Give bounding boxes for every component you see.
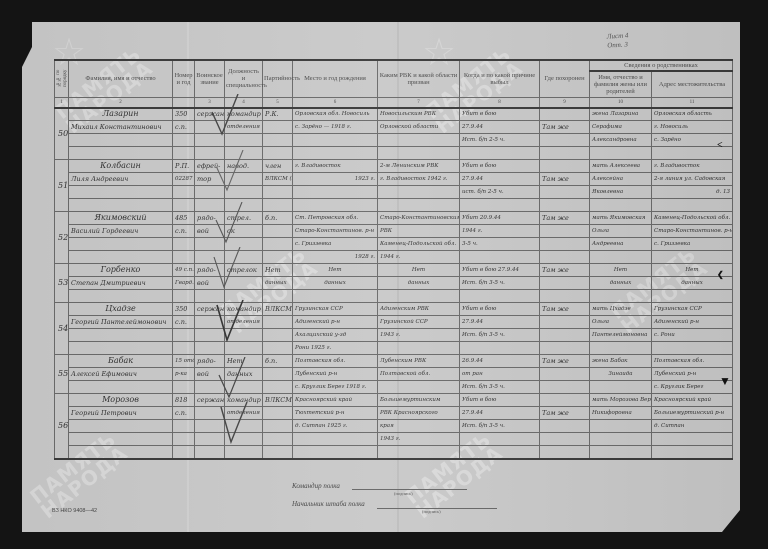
empty-cell <box>540 433 590 446</box>
buried: Там же <box>540 264 590 277</box>
empty-cell <box>540 316 590 329</box>
party: данных <box>263 277 293 290</box>
table-row <box>55 199 733 212</box>
rank: рядо- <box>195 355 225 368</box>
address: с. Рони <box>652 329 733 342</box>
relative: данных <box>590 277 652 290</box>
unit: 02287 <box>173 173 195 186</box>
empty-cell <box>225 433 263 446</box>
rvk: Полтавской обл. <box>378 368 460 381</box>
address: Красноярский край <box>652 394 733 407</box>
buried: Там же <box>540 407 590 420</box>
col-num: 11 <box>652 97 733 108</box>
header-name: Фамилия, имя и отчество <box>69 60 173 97</box>
unit: 350 <box>173 303 195 316</box>
empty-cell <box>540 238 590 251</box>
surname: Морозов <box>69 394 173 407</box>
header-birthplace: Место и год рождения <box>293 60 378 97</box>
rvk: 1943 г. <box>378 329 460 342</box>
empty-cell <box>173 186 195 199</box>
table-row: с. Круглик Берег 1918 г. Ист. б/п 3-5 ч.… <box>55 381 733 394</box>
table-row <box>55 147 733 160</box>
empty-cell <box>195 199 225 212</box>
empty-cell <box>173 329 195 342</box>
surname: Лазарин <box>69 108 173 121</box>
empty-cell <box>263 147 293 160</box>
relative: Яковлевна <box>590 186 652 199</box>
empty-cell <box>540 420 590 433</box>
birthplace: г. Владивосток <box>293 160 378 173</box>
unit: 350 <box>173 108 195 121</box>
signature-caption: (подпись) <box>422 509 441 514</box>
empty-cell <box>225 147 263 160</box>
position: отделения <box>225 407 263 420</box>
rvk: Грузинской ССР <box>378 316 460 329</box>
empty-cell <box>460 147 540 160</box>
address: Каменец-Подольской обл. <box>652 212 733 225</box>
rank: рядо- <box>195 212 225 225</box>
buried <box>540 108 590 121</box>
birthplace: Тюхтетский р-н <box>293 407 378 420</box>
empty-cell <box>195 329 225 342</box>
position: ок <box>225 225 263 238</box>
empty-cell <box>263 446 293 459</box>
empty-cell <box>263 316 293 329</box>
address: д. 13 <box>652 186 733 199</box>
empty-cell <box>263 420 293 433</box>
table-row: Ист. б/п 2-5 ч. Александровна с. Зарёно <box>55 134 733 147</box>
rank: вой <box>195 225 225 238</box>
empty-cell <box>195 342 225 355</box>
table-row: ист. б/п 2-5 ч. Яковлевна д. 13 <box>55 186 733 199</box>
empty-cell <box>173 433 195 446</box>
empty-cell <box>195 316 225 329</box>
reason: Убит в бою <box>460 160 540 173</box>
empty-cell <box>263 238 293 251</box>
position: командир <box>225 394 263 407</box>
empty-cell <box>225 381 263 394</box>
given-name: Степан Дмитриевич <box>69 277 173 290</box>
empty-cell <box>540 394 590 407</box>
unit: с.п. <box>173 316 195 329</box>
birthplace: Орловская обл. Новосиль <box>293 108 378 121</box>
buried: Там же <box>540 121 590 134</box>
header-address: Адрес местожительства <box>652 71 733 97</box>
reason: Ист. б/п 3-5 ч. <box>460 381 540 394</box>
unit: 818 <box>173 394 195 407</box>
header-rank: Воинское звание <box>195 60 225 97</box>
empty-cell <box>293 290 378 303</box>
relative: жена Лазарина <box>590 108 652 121</box>
rank: сержант <box>195 394 225 407</box>
empty-cell <box>173 290 195 303</box>
rvk: Новосильским РВК <box>378 108 460 121</box>
commander-label: Командир полка <box>292 482 340 490</box>
empty-cell <box>378 446 460 459</box>
rvk: г. Владивосток 1942 г. <box>378 173 460 186</box>
empty-cell <box>263 342 293 355</box>
birthplace: Лубенский р-н <box>293 368 378 381</box>
header-position: Должность и специальность <box>225 60 263 97</box>
empty-cell <box>590 446 652 459</box>
empty-cell <box>263 407 293 420</box>
birthplace: данных <box>293 277 378 290</box>
empty-cell <box>378 186 460 199</box>
reason: 27.9.44 <box>460 316 540 329</box>
rvk: Большемуртинским <box>378 394 460 407</box>
reason: ист. б/п 2-5 ч. <box>460 186 540 199</box>
row-number: 56. <box>55 394 69 459</box>
header-unit: Номер и год <box>173 60 195 97</box>
given-name: Лиля Андреевич <box>69 173 173 186</box>
table-row: 56. Морозов 818 сержант командир ВЛКСМ К… <box>55 394 733 407</box>
rvk: Каменец-Подольской обл. <box>378 238 460 251</box>
margin-mark: ❮ <box>717 270 724 279</box>
empty-cell <box>652 251 733 264</box>
header-relatives-group: Сведения о родственниках <box>590 60 733 71</box>
empty-cell <box>225 251 263 264</box>
table-row: Рони 1925 г. <box>55 342 733 355</box>
birthplace: Ст. Петровская обл. <box>293 212 378 225</box>
table-row: 53. Горбенко 49 с.п. рядо- стрелок Нет Н… <box>55 264 733 277</box>
empty-cell <box>173 147 195 160</box>
empty-cell <box>195 433 225 446</box>
party: ВЛКСМ (I) <box>263 173 293 186</box>
empty-cell <box>540 368 590 381</box>
party: Нет <box>263 264 293 277</box>
surname: Горбенко <box>69 264 173 277</box>
empty-cell <box>540 199 590 212</box>
table-row: 1928 г. 1944 г. <box>55 251 733 264</box>
position: командир <box>225 303 263 316</box>
address: г. Владивосток <box>652 160 733 173</box>
empty-cell <box>69 381 173 394</box>
relative: мать Цхадзе <box>590 303 652 316</box>
margin-mark: < <box>717 140 723 151</box>
birthplace: Старо-Константинов. р-н <box>293 225 378 238</box>
table-row: Алексей Ефимович р-ка вой данных Лубенск… <box>55 368 733 381</box>
empty-cell <box>263 433 293 446</box>
empty-cell <box>590 147 652 160</box>
given-name: Георгий Пантелеймонович <box>69 316 173 329</box>
reason: Ист. б/п 3-5 ч. <box>460 420 540 433</box>
relative: мать Морозова Вера <box>590 394 652 407</box>
address: с. Гриззевка <box>652 238 733 251</box>
empty-cell <box>69 147 173 160</box>
empty-cell <box>378 134 460 147</box>
empty-cell <box>378 290 460 303</box>
row-number: 55. <box>55 355 69 394</box>
empty-cell <box>225 342 263 355</box>
header-number: №№ по порядку <box>55 60 69 97</box>
table-row: Михаил Константинович с.п. отделения с. … <box>55 121 733 134</box>
empty-cell <box>225 173 263 186</box>
empty-cell <box>590 381 652 394</box>
reason: Ист. б/п 2-5 ч. <box>460 134 540 147</box>
relative: Алексейна <box>590 173 652 186</box>
party: ВЛКСМ <box>263 303 293 316</box>
given-name: Василий Гордеевич <box>69 225 173 238</box>
empty-cell <box>540 160 590 173</box>
col-num <box>173 97 195 108</box>
header-relative-name: Имя, отчество и фамилия жены или родител… <box>590 71 652 97</box>
relative: Ольга <box>590 316 652 329</box>
empty-cell <box>293 134 378 147</box>
header-buried: Где похоронен <box>540 60 590 97</box>
relative: Андреевна <box>590 238 652 251</box>
party: б.п. <box>263 355 293 368</box>
empty-cell <box>69 420 173 433</box>
header-reason: Когда и по какой причине выбыл <box>460 60 540 97</box>
empty-cell <box>69 446 173 459</box>
col-num: 10 <box>590 97 652 108</box>
relative: мать Алексеева <box>590 160 652 173</box>
empty-cell <box>263 121 293 134</box>
position: стрелок <box>225 264 263 277</box>
reason: Ист. б/п 3-5 ч. <box>460 277 540 290</box>
empty-cell <box>378 199 460 212</box>
birthplace: 1923 г. <box>293 173 378 186</box>
empty-cell <box>378 147 460 160</box>
surname: Бабак <box>69 355 173 368</box>
reason: Убит 20.9.44 <box>460 212 540 225</box>
party: б.п. <box>263 212 293 225</box>
empty-cell <box>263 199 293 212</box>
empty-cell <box>263 290 293 303</box>
empty-cell <box>195 238 225 251</box>
col-num: 2 <box>69 97 173 108</box>
party: член <box>263 160 293 173</box>
col-num: 6 <box>293 97 378 108</box>
empty-cell <box>652 446 733 459</box>
surname: Цхадзе <box>69 303 173 316</box>
empty-cell <box>293 199 378 212</box>
empty-cell <box>69 186 173 199</box>
empty-cell <box>540 446 590 459</box>
table-row <box>55 290 733 303</box>
reason: от ран <box>460 368 540 381</box>
birthplace: с. Зарёно — 1918 г. <box>293 121 378 134</box>
rank: сержант <box>195 303 225 316</box>
surname: Колбасин <box>69 160 173 173</box>
empty-cell <box>195 251 225 264</box>
empty-cell <box>460 290 540 303</box>
unit: 49 с.п. <box>173 264 195 277</box>
address: 2-я линия ул. Садовская <box>652 173 733 186</box>
address: Орловская область <box>652 108 733 121</box>
empty-cell <box>460 446 540 459</box>
empty-cell <box>263 134 293 147</box>
col-num: 8 <box>460 97 540 108</box>
empty-cell <box>69 433 173 446</box>
address: г. Новосиль <box>652 121 733 134</box>
empty-cell <box>195 147 225 160</box>
rvk: РВК <box>378 225 460 238</box>
empty-cell <box>540 329 590 342</box>
given-name: Михаил Константинович <box>69 121 173 134</box>
empty-cell <box>540 290 590 303</box>
margin-mark: ▼ <box>719 374 731 389</box>
empty-cell <box>173 199 195 212</box>
empty-cell <box>225 277 263 290</box>
rank: вой <box>195 368 225 381</box>
relative: Серафима <box>590 121 652 134</box>
birthplace: Грузинская ССР <box>293 303 378 316</box>
empty-cell <box>293 147 378 160</box>
casualty-table: №№ по порядку Фамилия, имя и отчество Но… <box>54 59 702 460</box>
relative: Зинаида <box>590 368 652 381</box>
birthplace: с. Гриззевка <box>293 238 378 251</box>
address: Старо-Константинов. р-н <box>652 225 733 238</box>
header-party: Партийность <box>263 60 293 97</box>
reason: 26.9.44 <box>460 355 540 368</box>
empty-cell <box>195 134 225 147</box>
empty-cell <box>540 381 590 394</box>
party: ВЛКСМ <box>263 394 293 407</box>
empty-cell <box>293 446 378 459</box>
empty-cell <box>69 199 173 212</box>
col-num: 7 <box>378 97 460 108</box>
empty-cell <box>378 381 460 394</box>
empty-cell <box>460 199 540 212</box>
empty-cell <box>195 420 225 433</box>
birthplace: Красноярский край <box>293 394 378 407</box>
empty-cell <box>69 251 173 264</box>
empty-cell <box>590 420 652 433</box>
table-row: Ахалцихский у-зд 1943 г. Ист. б/п 3-5 ч.… <box>55 329 733 342</box>
table-row: д. Ситпан 1925 г. края Ист. б/п 3-5 ч. д… <box>55 420 733 433</box>
unit: Гвард. <box>173 277 195 290</box>
table-row: 1943 г. <box>55 433 733 446</box>
buried: Там же <box>540 212 590 225</box>
signature-caption: (подпись) <box>394 491 413 496</box>
empty-cell <box>225 186 263 199</box>
empty-cell <box>460 433 540 446</box>
empty-cell <box>263 251 293 264</box>
rvk: Нет <box>378 264 460 277</box>
buried: Там же <box>540 303 590 316</box>
empty-cell <box>263 329 293 342</box>
col-num: 5 <box>263 97 293 108</box>
empty-cell <box>225 329 263 342</box>
empty-cell <box>590 290 652 303</box>
relative: Ольга <box>590 225 652 238</box>
rvk: 1944 г. <box>378 251 460 264</box>
birthplace: 1928 г. <box>293 251 378 264</box>
empty-cell <box>225 238 263 251</box>
table-row: 54. Цхадзе 350 сержант командир ВЛКСМ Гр… <box>55 303 733 316</box>
address: Адигенский р-н <box>652 316 733 329</box>
table-row: Георгий Пантелеймонович с.п. отделения А… <box>55 316 733 329</box>
rvk: Лубенским РВК <box>378 355 460 368</box>
rvk: Орловской области <box>378 121 460 134</box>
empty-cell <box>225 199 263 212</box>
empty-cell <box>263 381 293 394</box>
rvk: Адигенским РВК <box>378 303 460 316</box>
empty-cell <box>540 134 590 147</box>
empty-cell <box>460 342 540 355</box>
empty-cell <box>378 342 460 355</box>
relative: Александровна <box>590 134 652 147</box>
rvk: края <box>378 420 460 433</box>
table-row: 50. Лазарин 350 сержант командир Р.К. Ор… <box>55 108 733 121</box>
empty-cell <box>460 251 540 264</box>
empty-cell <box>652 433 733 446</box>
row-number: 52. <box>55 212 69 264</box>
empty-cell <box>69 290 173 303</box>
empty-cell <box>69 134 173 147</box>
form-code: ВЗ НКО 9408—42 <box>52 508 97 514</box>
row-number: 50. <box>55 108 69 160</box>
reason: 27.9.44 <box>460 407 540 420</box>
party: Р.К. <box>263 108 293 121</box>
empty-cell <box>263 186 293 199</box>
empty-cell <box>195 446 225 459</box>
document-page: ☆ ☆ ПАМЯТЬ НАРОДА ПАМЯТЬ НАРОДА ПАМЯТЬ Н… <box>22 22 740 532</box>
unit: р-ка <box>173 368 195 381</box>
reason: Убит в бою 27.9.44 <box>460 264 540 277</box>
table-row: Лиля Андреевич 02287 тор ВЛКСМ (I) 1923 … <box>55 173 733 186</box>
address: Грузинская ССР <box>652 303 733 316</box>
archive-stamp: Лист 4 Опт. 3 <box>607 31 630 50</box>
empty-cell <box>69 342 173 355</box>
unit: 485 <box>173 212 195 225</box>
relative: жена Бабак <box>590 355 652 368</box>
empty-cell <box>173 420 195 433</box>
surname: Якимовский <box>69 212 173 225</box>
stamp-line: Опт. 3 <box>607 40 629 50</box>
given-name: Алексей Ефимович <box>69 368 173 381</box>
table-row: 55. Бабак 15 отд. рядо- Нет б.п. Полтавс… <box>55 355 733 368</box>
rvk: данных <box>378 277 460 290</box>
empty-cell <box>540 147 590 160</box>
position: данных <box>225 368 263 381</box>
empty-cell <box>652 290 733 303</box>
empty-cell <box>173 134 195 147</box>
table-row: с. Гриззевка Каменец-Подольской обл. 3-5… <box>55 238 733 251</box>
reason: Ист. б/п 3-5 ч. <box>460 329 540 342</box>
empty-cell <box>590 199 652 212</box>
unit: с.п. <box>173 121 195 134</box>
relative: Нет <box>590 264 652 277</box>
position: командир <box>225 108 263 121</box>
position: отделения <box>225 121 263 134</box>
buried: Там же <box>540 355 590 368</box>
birthplace: Полтавская обл. <box>293 355 378 368</box>
birthplace: с. Круглик Берег 1918 г. <box>293 381 378 394</box>
buried: Там же <box>540 173 590 186</box>
empty-cell <box>173 446 195 459</box>
empty-cell <box>195 121 225 134</box>
empty-cell <box>173 381 195 394</box>
birthplace: Рони 1925 г. <box>293 342 378 355</box>
col-num: 1 <box>55 97 69 108</box>
reason: Убит в бою <box>460 108 540 121</box>
given-name: Георгий Петрович <box>69 407 173 420</box>
reason: 3-5 ч. <box>460 238 540 251</box>
empty-cell <box>293 186 378 199</box>
rank: рядо- <box>195 264 225 277</box>
birthplace: Ахалцихский у-зд <box>293 329 378 342</box>
empty-cell <box>652 342 733 355</box>
empty-cell <box>173 251 195 264</box>
empty-cell <box>173 342 195 355</box>
empty-cell <box>263 368 293 381</box>
rvk: РВК Красноярского <box>378 407 460 420</box>
empty-cell <box>540 225 590 238</box>
address: Большемуртинский р-н <box>652 407 733 420</box>
empty-cell <box>225 446 263 459</box>
